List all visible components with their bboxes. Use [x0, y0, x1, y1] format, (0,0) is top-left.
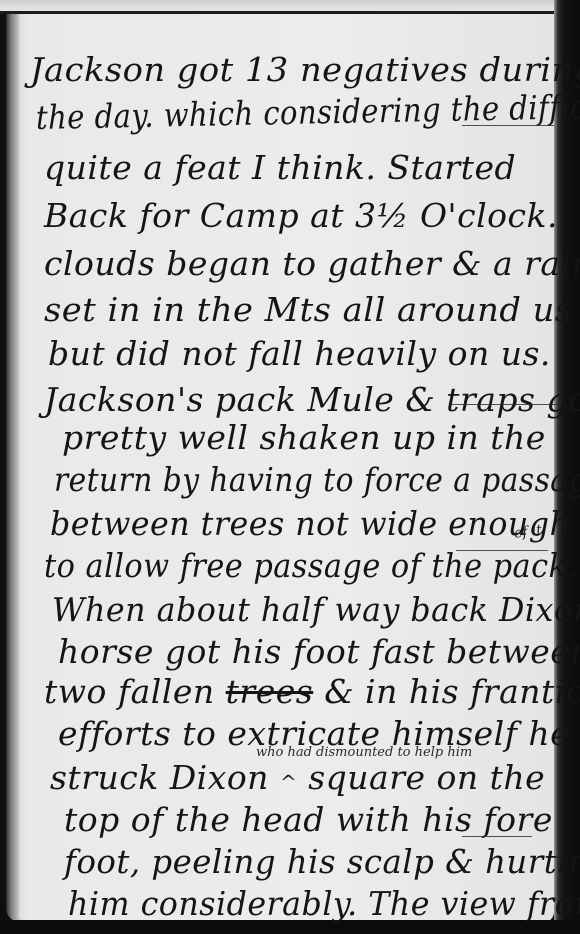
- text-line-4: Back for Camp at 3½ O'clock.: [44, 196, 558, 236]
- text-fragment: struck Dixon: [50, 758, 269, 797]
- text-line-17: struck Dixon ^ square on the: [50, 758, 545, 802]
- underline-stroke: [462, 836, 532, 837]
- text-line-11: between trees not wide enough: [50, 504, 570, 544]
- underline-stroke: [450, 404, 558, 405]
- text-line-19: foot, peeling his scalp & hurting: [64, 842, 580, 882]
- text-line-14: horse got his foot fast between: [58, 632, 580, 672]
- text-line-3: quite a feat I think. Started: [44, 148, 516, 188]
- underline-stroke: [456, 550, 548, 551]
- text-line-6: set in in the Mts all around us: [44, 290, 573, 330]
- text-line-8: Jackson's pack Mule & traps got: [44, 380, 580, 420]
- struck-word: trees: [226, 672, 314, 711]
- insertion-caret: ^: [280, 770, 297, 794]
- underline-stroke: [462, 125, 554, 126]
- text-line-9: pretty well shaken up in the: [62, 418, 546, 458]
- text-line-7: but did not fall heavily on us.: [48, 334, 551, 374]
- text-line-5: clouds began to gather & a rain: [44, 244, 580, 284]
- handwritten-text: Jackson got 13 negatives during the day.…: [0, 0, 580, 934]
- text-fragment: two fallen: [44, 672, 215, 711]
- text-line-18: top of the head with his fore: [64, 800, 553, 840]
- text-line-10: return by having to force a passage: [54, 460, 580, 500]
- text-line-13: When about half way back Dixons: [52, 590, 580, 630]
- text-fragment: & in his frantic: [324, 672, 580, 711]
- text-line-1: Jackson got 13 negatives during: [30, 50, 580, 90]
- text-fragment: square on the: [308, 758, 545, 797]
- text-line-12: to allow free passage of the pack.: [44, 546, 578, 586]
- text-line-20: him considerably. The view from: [68, 884, 580, 924]
- notebook-photo: Jackson got 13 negatives during the day.…: [0, 0, 580, 934]
- text-line-15: two fallen trees & in his frantic: [44, 672, 580, 712]
- text-line-2: the day. which considering the difficult…: [36, 85, 580, 138]
